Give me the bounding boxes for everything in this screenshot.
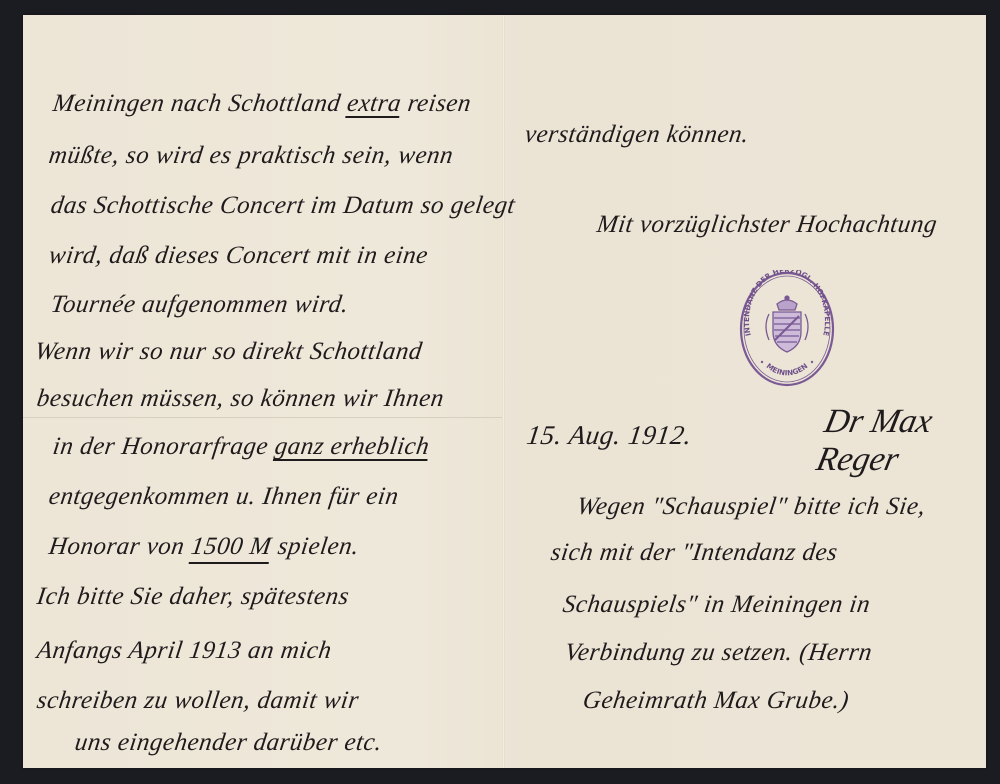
handwritten-line: Meiningen nach Schottland extra reisen <box>51 90 473 118</box>
handwritten-line: entgegenkommen u. Ihnen für ein <box>47 483 400 511</box>
handwritten-line: Anfangs April 1913 an mich <box>35 637 333 665</box>
postscript-line: Verbindung zu setzen. (Herrn <box>563 639 874 667</box>
coat-of-arms-icon <box>766 296 808 352</box>
postscript-line: Geheimrath Max Grube.) <box>581 687 851 715</box>
handwritten-line: müßte, so wird es praktisch sein, wenn <box>47 142 455 170</box>
svg-text:MEININGEN: MEININGEN <box>765 361 810 377</box>
letter-sheet: Meiningen nach Schottland extra reisen m… <box>23 15 986 768</box>
handwritten-line: Ich bitte Sie daher, spätestens <box>35 583 351 611</box>
handwritten-line: schreiben zu wollen, damit wir <box>35 687 361 715</box>
handwritten-line: Tournée aufgenommen wird. <box>49 291 350 319</box>
hofkapelle-stamp: INTENDANZ DER HERZOGL. HOFKAPELLE MEININ… <box>737 270 837 388</box>
handwritten-line: uns eingehender darüber etc. <box>73 729 384 757</box>
handwritten-line: verständigen können. <box>523 121 751 149</box>
closing-line: Mit vorzüglichster Hochachtung <box>595 211 939 239</box>
handwritten-line: Honorar von 1500 M spielen. <box>47 533 361 561</box>
handwritten-line: wird, daß dieses Concert mit in eine <box>47 242 430 270</box>
postscript-line: Wegen "Schauspiel" bitte ich Sie, <box>575 493 927 521</box>
left-page: Meiningen nach Schottland extra reisen m… <box>23 15 502 768</box>
handwritten-line: besuchen müssen, so können wir Ihnen <box>35 385 446 413</box>
handwritten-line: das Schottische Concert im Datum so gele… <box>49 192 517 220</box>
postscript-line: Schauspiels" in Meiningen in <box>561 591 872 619</box>
signature: Dr Max Reger <box>813 403 994 479</box>
letter-date: 15. Aug. 1912. <box>525 420 694 451</box>
handwritten-line: Wenn wir so nur so direkt Schottland <box>33 338 424 366</box>
right-page: verständigen können. Mit vorzüglichster … <box>505 15 986 768</box>
handwritten-line: in der Honorarfrage ganz erheblich <box>51 433 431 461</box>
postscript-line: sich mit der "Intendanz des <box>549 539 839 567</box>
